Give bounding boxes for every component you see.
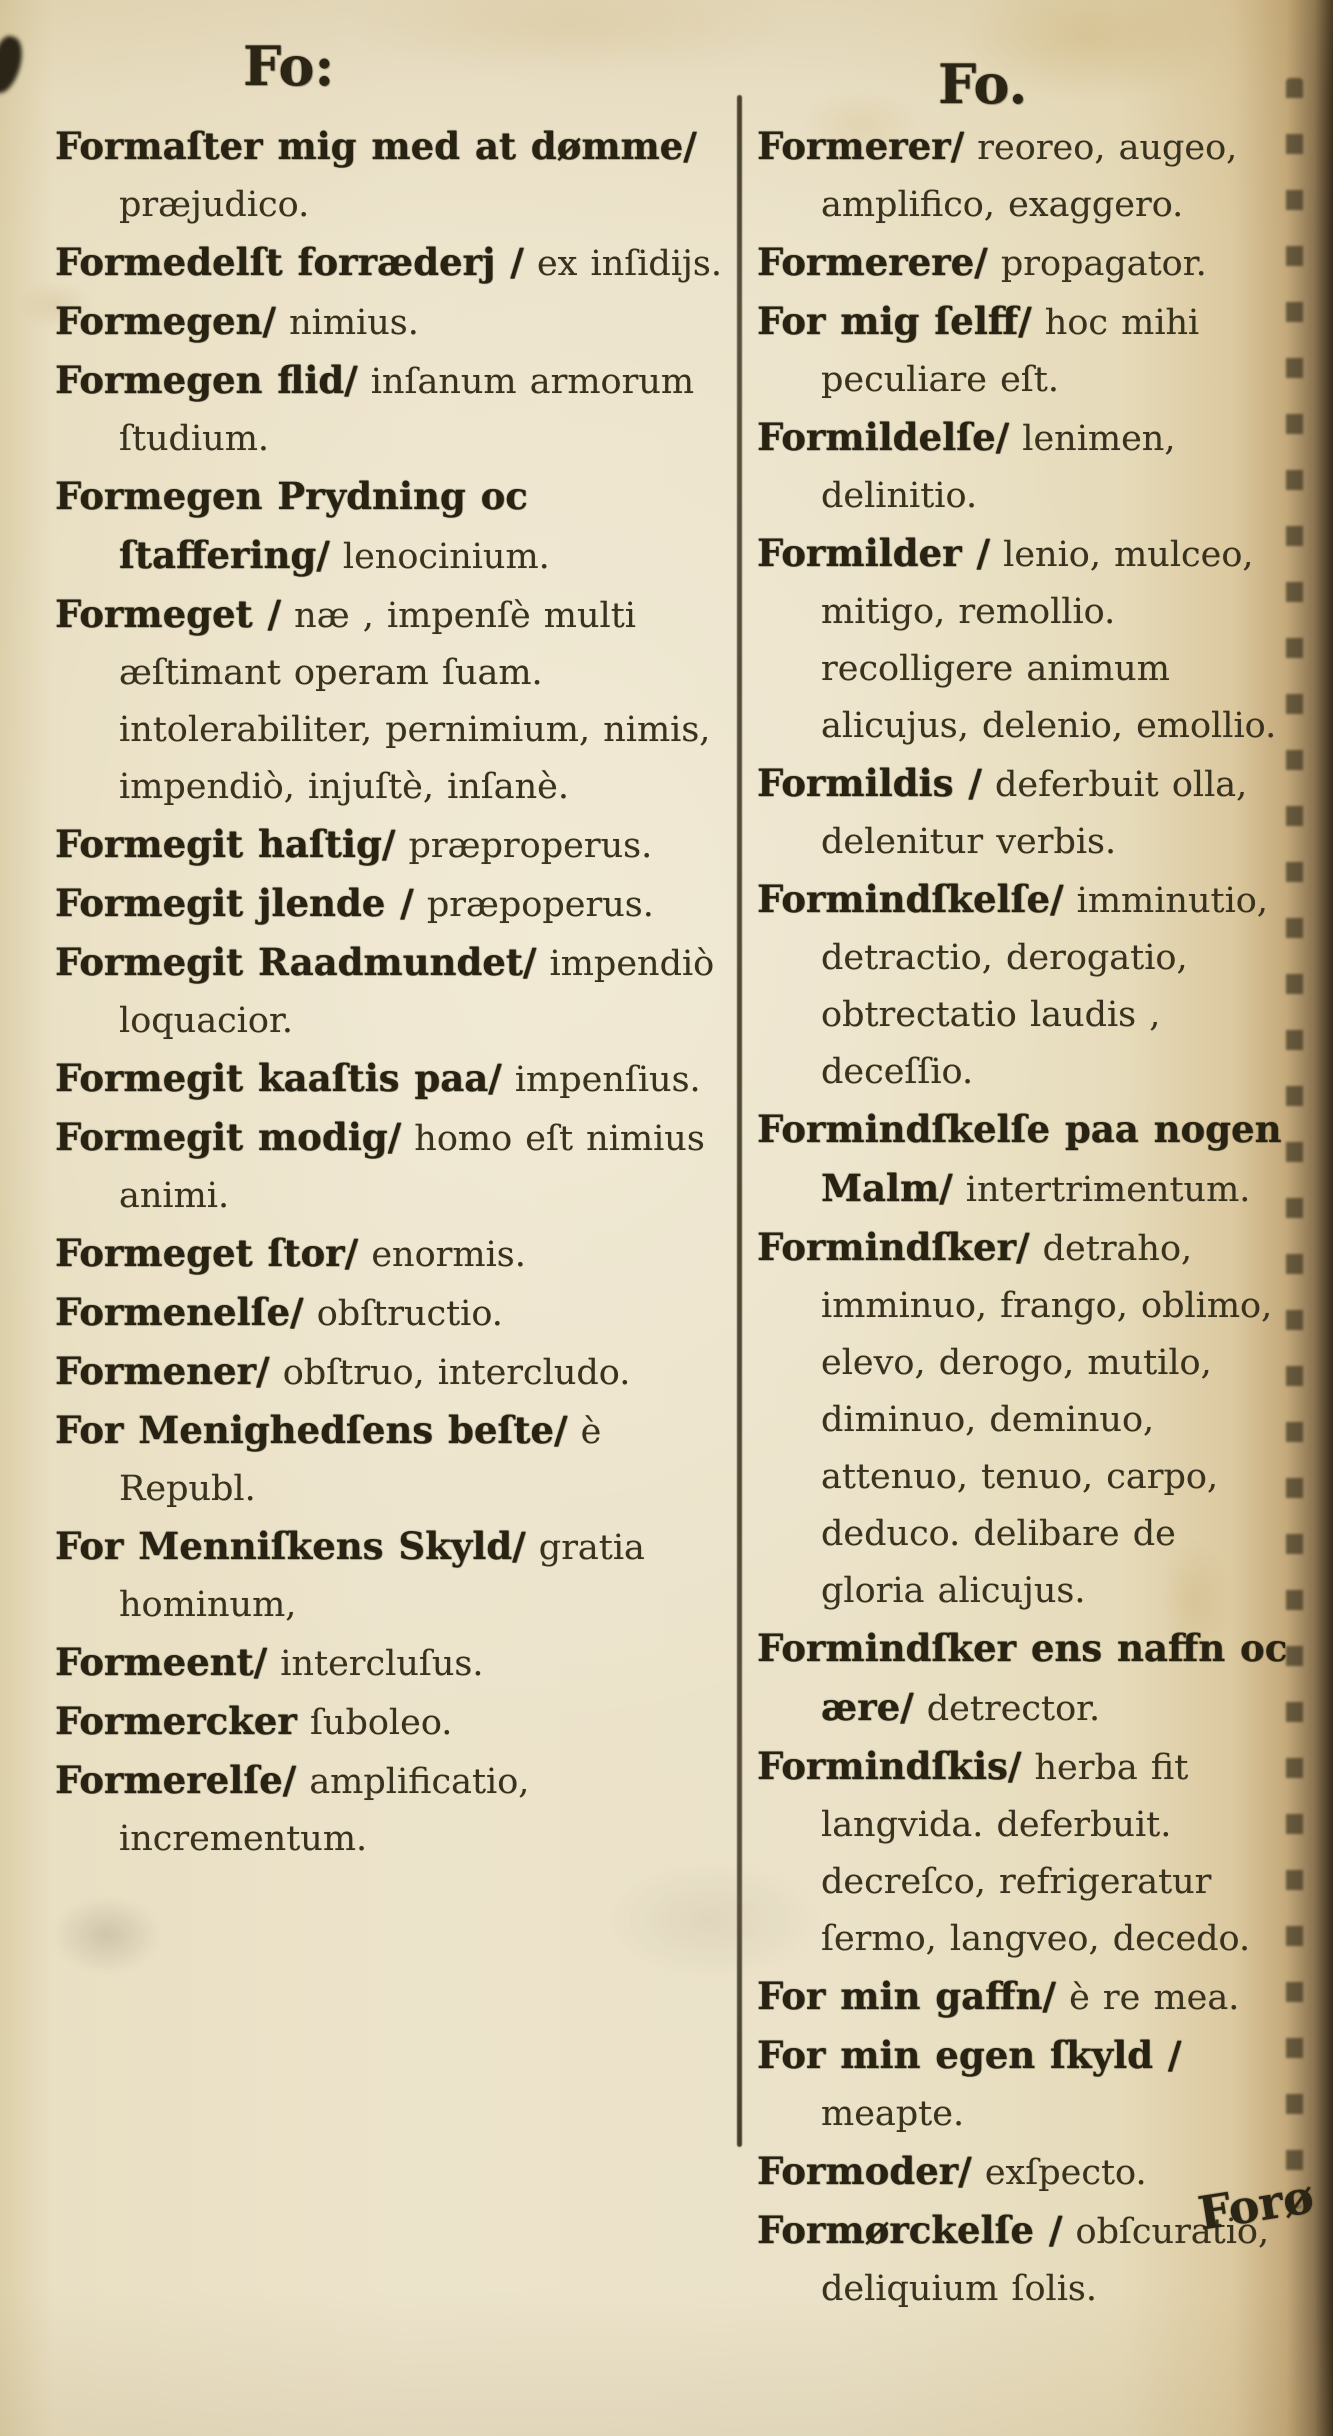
entry-definition: detraho, imminuo, frango, oblimo, elevo,… bbox=[821, 1229, 1272, 1611]
dictionary-entry: Formilder / lenio, mulceo, mitigo, remol… bbox=[757, 525, 1289, 755]
dictionary-entry: Formener/ obſtruo, intercludo. bbox=[55, 1343, 731, 1402]
dictionary-entry: Formindſker ens naffn oc ære/ detrector. bbox=[757, 1620, 1289, 1738]
entry-headword: Formegen flid/ bbox=[55, 358, 358, 402]
entry-headword: For Menighedſens beſte/ bbox=[55, 1408, 567, 1452]
dictionary-entry: Formegit haſtig/ præproperus. bbox=[55, 816, 731, 875]
entry-definition: exſpecto. bbox=[985, 2153, 1147, 2193]
dictionary-entry: Formeget / næ , impenſè multi æſtimant o… bbox=[55, 586, 731, 816]
dictionary-entry: For min egen ſkyld / meapte. bbox=[757, 2027, 1289, 2143]
entry-headword: Formaſter mig med at dømme/ bbox=[55, 124, 697, 168]
entry-headword: Formegit haſtig/ bbox=[55, 822, 395, 866]
dictionary-entry: Formercker ſuboleo. bbox=[55, 1693, 731, 1752]
entry-headword: Formildis / bbox=[757, 761, 982, 805]
dictionary-entry: Formegen/ nimius. bbox=[55, 293, 731, 352]
entry-headword: For Menniſkens Skyld/ bbox=[55, 1524, 526, 1568]
entry-headword: Formindſker/ bbox=[757, 1225, 1030, 1269]
entry-definition: enormis. bbox=[371, 1235, 526, 1275]
entry-headword: Formerere/ bbox=[757, 240, 988, 284]
dictionary-entry: Formindſkelſe paa nogen Malm/ intertrime… bbox=[757, 1101, 1289, 1219]
entry-definition: lenocinium. bbox=[343, 537, 550, 577]
dictionary-entry: Formindſkelſe/ imminutio, detractio, der… bbox=[757, 871, 1289, 1101]
entry-definition: præpoperus. bbox=[427, 885, 654, 925]
dictionary-entry: Formeent/ intercluſus. bbox=[55, 1634, 731, 1693]
dictionary-entry: Formegit jlende / præpoperus. bbox=[55, 875, 731, 934]
column-header-left: Fo: bbox=[243, 34, 334, 98]
dictionary-entry: Formegit Raadmundet/ impendiò loquacior. bbox=[55, 934, 731, 1050]
entry-headword: Formilder / bbox=[757, 531, 990, 575]
entry-definition: impenſius. bbox=[515, 1060, 701, 1100]
dictionary-entry: Formildelſe/ lenimen, delinitio. bbox=[757, 409, 1289, 525]
entry-headword: Formerer/ bbox=[757, 124, 964, 168]
entry-definition: obſtruo, intercludo. bbox=[283, 1353, 631, 1393]
entry-definition: propagator. bbox=[1001, 244, 1207, 284]
entry-headword: For mig ſelff/ bbox=[757, 299, 1032, 343]
entry-definition: præproperus. bbox=[408, 826, 652, 866]
entry-headword: Formedelſt forræderj / bbox=[55, 240, 524, 284]
entry-headword: For min gaffn/ bbox=[757, 1974, 1056, 2018]
paper-stain bbox=[360, 0, 780, 70]
entry-headword: Formindſkis/ bbox=[757, 1744, 1021, 1788]
entry-headword: Formegen/ bbox=[55, 299, 276, 343]
entry-headword: Formindſkelſe/ bbox=[757, 877, 1064, 921]
dictionary-entry: For Menniſkens Skyld/ gratia hominum, bbox=[55, 1518, 731, 1634]
entry-headword: Formegit jlende / bbox=[55, 881, 414, 925]
entry-definition: meapte. bbox=[821, 2094, 964, 2134]
entry-definition: ſuboleo. bbox=[310, 1703, 452, 1743]
entry-definition: obſtructio. bbox=[317, 1294, 503, 1334]
dictionary-entry: Formildis / deferbuit olla, delenitur ve… bbox=[757, 755, 1289, 871]
book-page: Fo: Fo. Formaſter mig med at dømme/ præj… bbox=[0, 0, 1333, 2436]
entry-headword: Formeget / bbox=[55, 592, 281, 636]
dictionary-entry: For Menighedſens beſte/ è Republ. bbox=[55, 1402, 731, 1518]
entry-definition: ex inſidijs. bbox=[537, 244, 722, 284]
entry-headword: Formegit modig/ bbox=[55, 1115, 401, 1159]
entry-definition: præjudico. bbox=[119, 185, 309, 225]
entry-headword: Formeent/ bbox=[55, 1640, 267, 1684]
dictionary-entry: Formerelſe/ amplificatio, incrementum. bbox=[55, 1752, 731, 1868]
entry-definition: detrector. bbox=[927, 1689, 1100, 1729]
entry-headword: Formegit kaaſtis paa/ bbox=[55, 1056, 502, 1100]
dictionary-entry: Formindſkis/ herba fit langvida. deferbu… bbox=[757, 1738, 1289, 1968]
dictionary-entry: For min gaffn/ è re mea. bbox=[757, 1968, 1289, 2027]
entry-definition: è re mea. bbox=[1069, 1978, 1239, 2018]
dictionary-column-right: Formerer/ reoreo, augeo, amplifico, exag… bbox=[757, 118, 1289, 2318]
entry-headword: Formildelſe/ bbox=[757, 415, 1009, 459]
dictionary-entry: Formerere/ propagator. bbox=[757, 234, 1289, 293]
dictionary-column-left: Formaſter mig med at dømme/ præjudico. F… bbox=[55, 118, 731, 1868]
column-header-right: Fo. bbox=[938, 52, 1027, 116]
entry-headword: Formoder/ bbox=[757, 2149, 972, 2193]
dictionary-entry: For mig ſelff/ hoc mihi peculiare eſt. bbox=[757, 293, 1289, 409]
entry-headword: Formerelſe/ bbox=[55, 1758, 296, 1802]
entry-headword: Formercker bbox=[55, 1699, 297, 1743]
ink-corner-mark bbox=[0, 33, 28, 97]
entry-definition: nimius. bbox=[289, 303, 419, 343]
entry-headword: Formeget ſtor/ bbox=[55, 1231, 358, 1275]
entry-headword: Formegit Raadmundet/ bbox=[55, 940, 536, 984]
dictionary-entry: Formerer/ reoreo, augeo, amplifico, exag… bbox=[757, 118, 1289, 234]
dictionary-entry: Formenelſe/ obſtructio. bbox=[55, 1284, 731, 1343]
entry-headword: For min egen ſkyld / bbox=[757, 2033, 1181, 2077]
dictionary-entry: Formeget ſtor/ enormis. bbox=[55, 1225, 731, 1284]
dictionary-entry: Formindſker/ detraho, imminuo, frango, o… bbox=[757, 1219, 1289, 1620]
page-edge-text-fragments bbox=[1286, 78, 1303, 2208]
entry-definition: intercluſus. bbox=[280, 1644, 483, 1684]
dictionary-entry: Formegen flid/ inſanum armorum ſtudium. bbox=[55, 352, 731, 468]
ink-smudge bbox=[52, 1896, 162, 1974]
dictionary-entry: Formegen Prydning oc ſtaffering/ lenocin… bbox=[55, 468, 731, 586]
entry-headword: Formørckelſe / bbox=[757, 2208, 1062, 2252]
dictionary-entry: Formegit kaaſtis paa/ impenſius. bbox=[55, 1050, 731, 1109]
column-divider-rule bbox=[737, 95, 742, 2147]
entry-definition: intertrimentum. bbox=[966, 1170, 1251, 1210]
dictionary-entry: Formedelſt forræderj / ex inſidijs. bbox=[55, 234, 731, 293]
entry-headword: Formener/ bbox=[55, 1349, 270, 1393]
entry-headword: Formenelſe/ bbox=[55, 1290, 304, 1334]
dictionary-entry: Formaſter mig med at dømme/ præjudico. bbox=[55, 118, 731, 234]
dictionary-entry: Formegit modig/ homo eſt nimius animi. bbox=[55, 1109, 731, 1225]
